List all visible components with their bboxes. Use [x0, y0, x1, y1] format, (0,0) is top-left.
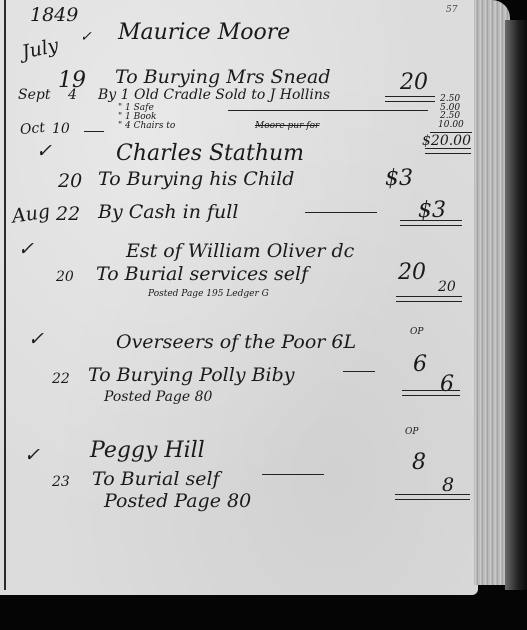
double-rule [385, 96, 435, 102]
entry-day: 23 [52, 475, 70, 489]
entry-amount: 8 [412, 452, 426, 474]
posting-note: Posted Page 80 [104, 390, 212, 404]
entry-amount: $3 [385, 168, 413, 190]
posting-note: Posted Page 80 [104, 492, 251, 511]
ledger-page: 57 1849 July ✓ Maurice Moore 19 To Buryi… [0, 0, 478, 595]
entry-day: 20 [56, 270, 74, 284]
entry-text: By 1 Old Cradle Sold to J Hollins [98, 88, 330, 102]
op-marker: OP [410, 328, 423, 337]
check-icon: ✓ [36, 142, 52, 161]
year: 1849 [30, 6, 78, 25]
account-name: Charles Stathum [116, 143, 304, 165]
strike-rule [228, 110, 428, 111]
entry-amount: 10.00 [438, 121, 464, 130]
dash-rule [343, 371, 375, 372]
entry-text: By Cash in full [98, 203, 238, 222]
entry-amount: $3 [418, 200, 446, 222]
entry-total: 20 [438, 280, 456, 294]
check-icon: ✓ [28, 330, 44, 349]
double-rule [425, 148, 471, 154]
entry-day: 20 [58, 172, 82, 191]
month-label: Oct [19, 121, 45, 138]
dash-rule [305, 212, 377, 213]
entry-day: 4 [68, 88, 77, 102]
account-name: Peggy Hill [90, 440, 205, 462]
entry-text: To Burial services self [96, 265, 308, 284]
check-icon: ✓ [18, 240, 34, 259]
book-spine-shadow [505, 20, 527, 590]
double-rule [395, 494, 470, 500]
entry-amount: 6 [413, 354, 427, 376]
account-name: Maurice Moore [118, 22, 290, 44]
check-icon: ✓ [80, 30, 92, 44]
flourish-rule [262, 474, 324, 475]
account-name: Est of William Oliver dc [126, 242, 354, 261]
entry-text: To Burying Mrs Snead [115, 68, 331, 87]
entry-text: To Burying Polly Biby [88, 366, 295, 385]
op-marker: OP [405, 428, 418, 437]
entry-text: " 4 Chairs to [118, 122, 175, 131]
double-rule [396, 296, 462, 302]
entry-day: 10 [52, 122, 70, 136]
margin-rule [4, 0, 6, 590]
page-number: 57 [446, 6, 457, 15]
entry-text: To Burial self [92, 470, 220, 489]
entry-amount: 20 [400, 72, 428, 94]
entry-text: To Burying his Child [98, 170, 294, 189]
dash-rule [84, 131, 104, 132]
month-label: Aug [11, 202, 51, 226]
entry-total: 8 [442, 476, 454, 495]
struck-text: Moore pur for [255, 122, 319, 131]
double-rule [402, 390, 460, 396]
check-icon: ✓ [24, 446, 40, 465]
month-label: July [20, 36, 60, 62]
entry-total: $20.00 [422, 134, 471, 148]
posting-note: Posted Page 195 Ledger G [148, 290, 269, 299]
month-label: Sept [18, 88, 50, 102]
double-rule [400, 220, 462, 226]
entry-day: 22 [56, 205, 80, 224]
account-name: Overseers of the Poor 6L [116, 333, 356, 352]
entry-day: 22 [52, 372, 70, 386]
entry-amount: 20 [398, 262, 426, 284]
